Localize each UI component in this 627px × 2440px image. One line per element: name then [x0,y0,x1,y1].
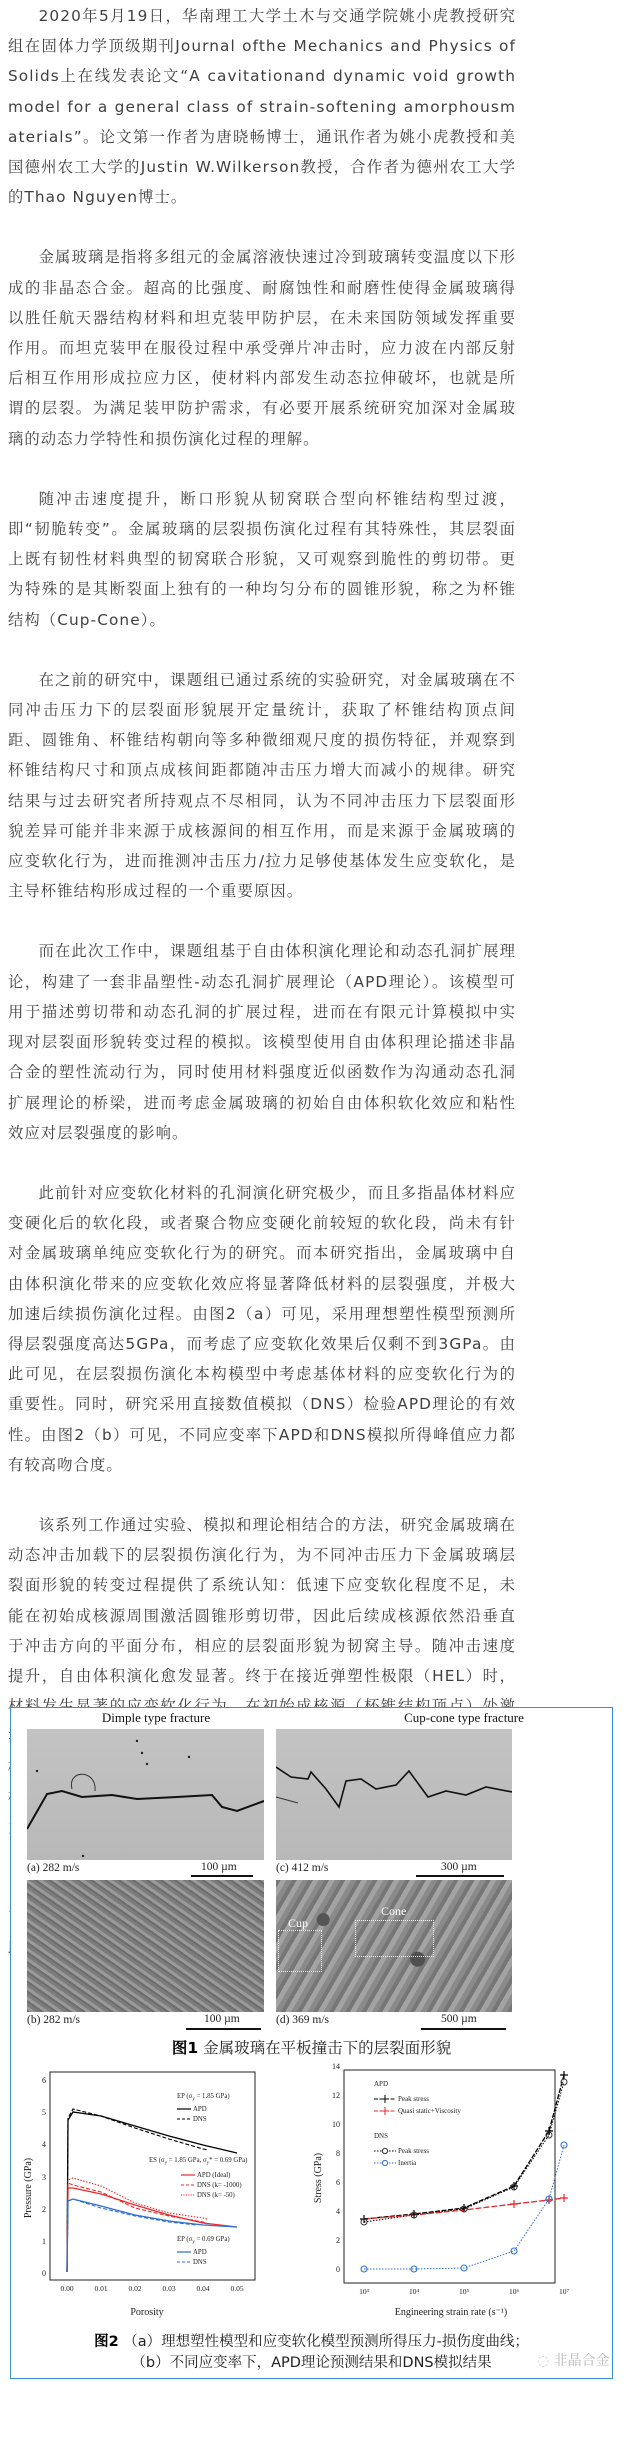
label-panel-a: (a) 282 m/s [27,1862,79,1874]
scale-bar-c [416,1875,504,1877]
article-body: 2020年5月19日，华南理工大学土木与交通学院姚小虎教授研究组在固体力学顶级期… [8,0,516,1993]
label-panel-d: (d) 369 m/s [276,2014,329,2026]
svg-text:Stress (GPa): Stress (GPa) [313,2153,324,2203]
figure2-caption: 图2 （a）理想塑性模型和应变软化模型预测所得压力-损伤度曲线； （b）不同应变… [11,2330,612,2372]
scale-text-d: 500 µm [441,2013,477,2025]
svg-text:12: 12 [332,2091,340,2100]
paragraph-cup-cone: 随冲击速度提升，断口形貌从韧窝联合型向杯锥结构型过渡，即“韧脆转变”。金属玻璃的… [8,484,516,635]
svg-text:0.00: 0.00 [60,2284,73,2293]
svg-text:DNS: DNS [193,2116,207,2123]
sem-image-a [27,1729,264,1860]
svg-text:APD: APD [193,2249,207,2256]
sem-image-c [276,1729,512,1860]
crack-trace-a [27,1729,264,1860]
svg-text:Inertia: Inertia [398,2159,417,2167]
svg-text:1: 1 [42,2237,46,2246]
svg-text:Peak stress: Peak stress [398,2147,429,2155]
scale-text-c: 300 µm [441,1861,477,1873]
svg-text:0.01: 0.01 [94,2284,107,2293]
svg-text:Pressure (GPa): Pressure (GPa) [23,2158,34,2218]
scale-text-b: 100 µm [204,2013,240,2025]
svg-text:2: 2 [336,2236,340,2245]
scale-bar-a [191,1875,253,1877]
crack-trace-c [276,1729,512,1860]
svg-text:APD (Ideal): APD (Ideal) [197,2172,230,2179]
label-panel-c: (c) 412 m/s [276,1862,328,1874]
figure-image: Dimple type fracture Cup-cone type fract… [10,1707,613,2379]
svg-text:0.05: 0.05 [230,2284,243,2293]
roi-cup [278,1930,322,1972]
svg-text:Peak stress: Peak stress [398,2095,429,2103]
svg-text:0.03: 0.03 [162,2284,175,2293]
svg-text:10⁴: 10⁴ [409,2287,420,2296]
svg-text:0: 0 [42,2269,46,2278]
watermark-text: 非晶合金 [554,2353,610,2369]
wechat-icon: ◌ [537,2353,549,2369]
chart-stress-strain-rate: 0246 8101214 10³10⁴10⁵ 10⁶10⁷ Engineerin… [301,2058,613,2332]
svg-text:APD: APD [193,2106,207,2113]
svg-text:Engineering strain rate (s⁻¹): Engineering strain rate (s⁻¹) [395,2307,507,2318]
svg-text:14: 14 [332,2062,340,2071]
sem-image-d: Cup Cone [276,1880,512,2012]
svg-text:APD: APD [374,2080,388,2088]
svg-text:10⁷: 10⁷ [559,2287,570,2296]
svg-text:Porosity: Porosity [130,2307,163,2318]
svg-text:0.02: 0.02 [128,2284,141,2293]
roi-cone-label: Cone [381,1904,406,1919]
heading-cup-cone: Cup-cone type fracture [329,1710,599,1726]
heading-dimple: Dimple type fracture [21,1710,291,1726]
paragraph-background: 金属玻璃是指将多组元的金属溶液快速过冷到玻璃转变温度以下形成的非晶态合金。超高的… [8,242,516,453]
figure1-caption-prefix: 图1 [172,2039,198,2057]
paragraph-intro: 2020年5月19日，华南理工大学土木与交通学院姚小虎教授研究组在固体力学顶级期… [8,1,516,212]
paragraph-apd-theory: 而在此次工作中，课题组基于自由体积演化理论和动态孔洞扩展理论，构建了一套非晶塑性… [8,936,516,1147]
svg-text:DNS (k= -1000): DNS (k= -1000) [197,2182,242,2189]
svg-text:DNS: DNS [193,2259,207,2266]
svg-text:3: 3 [42,2173,46,2182]
chart-pressure-porosity: 012 3456 0.000.010.02 0.030.040.05 Poros… [11,2058,311,2332]
svg-text:EP (σy = 0.69 GPa): EP (σy = 0.69 GPa) [177,2236,230,2245]
svg-text:6: 6 [42,2076,46,2085]
figure2-caption-line2: （b）不同应变率下，APD理论预测结果和DNS模拟结果 [11,2351,612,2372]
svg-text:10⁵: 10⁵ [459,2287,470,2296]
svg-text:5: 5 [42,2108,46,2117]
scale-bar-b [186,2028,261,2030]
svg-text:DNS: DNS [374,2132,388,2140]
figure2-caption-line1-wrap: 图2 （a）理想塑性模型和应变软化模型预测所得压力-损伤度曲线； [11,2330,612,2351]
svg-text:EP (σy = 1.85 GPa): EP (σy = 1.85 GPa) [177,2093,230,2102]
scale-text-a: 100 µm [201,1861,237,1873]
figure2-caption-prefix: 图2 [94,2334,119,2350]
watermark: ◌ 非晶合金 [537,2350,610,2370]
svg-text:0.04: 0.04 [196,2284,209,2293]
svg-text:10: 10 [332,2120,340,2129]
paragraph-previous-work: 在之前的研究中，课题组已通过系统的实验研究，对金属玻璃在不同冲击压力下的层裂面形… [8,665,516,907]
svg-text:10³: 10³ [359,2287,370,2296]
scale-bar-d [421,2028,506,2030]
sem-image-b [27,1880,264,2012]
label-panel-b: (b) 282 m/s [27,2014,80,2026]
svg-text:2: 2 [42,2205,46,2214]
svg-text:4: 4 [42,2140,46,2149]
svg-text:8: 8 [336,2149,340,2158]
svg-text:6: 6 [336,2178,340,2187]
figure2-caption-line1: （a）理想塑性模型和应变软化模型预测所得压力-损伤度曲线； [123,2334,529,2350]
paragraph-strain-softening: 此前针对应变软化材料的孔洞演化研究极少，而且多指晶体材料应变硬化后的软化段，或者… [8,1178,516,1480]
svg-text:ES (σy = 1.85 GPa, σy* = 0.69: ES (σy = 1.85 GPa, σy* = 0.69 GPa) [149,2157,247,2166]
roi-cone [355,1920,434,1957]
roi-cup-label: Cup [288,1916,308,1931]
svg-text:10⁶: 10⁶ [509,2287,520,2296]
svg-text:0: 0 [336,2265,340,2274]
svg-text:DNS (k= -50): DNS (k= -50) [197,2192,235,2199]
svg-text:Quasi static+Viscosity: Quasi static+Viscosity [398,2107,461,2115]
figure1-caption: 图1 金属玻璃在平板撞击下的层裂面形貌 [11,2036,612,2058]
figure1-caption-text: 金属玻璃在平板撞击下的层裂面形貌 [203,2039,451,2057]
svg-text:4: 4 [336,2207,340,2216]
